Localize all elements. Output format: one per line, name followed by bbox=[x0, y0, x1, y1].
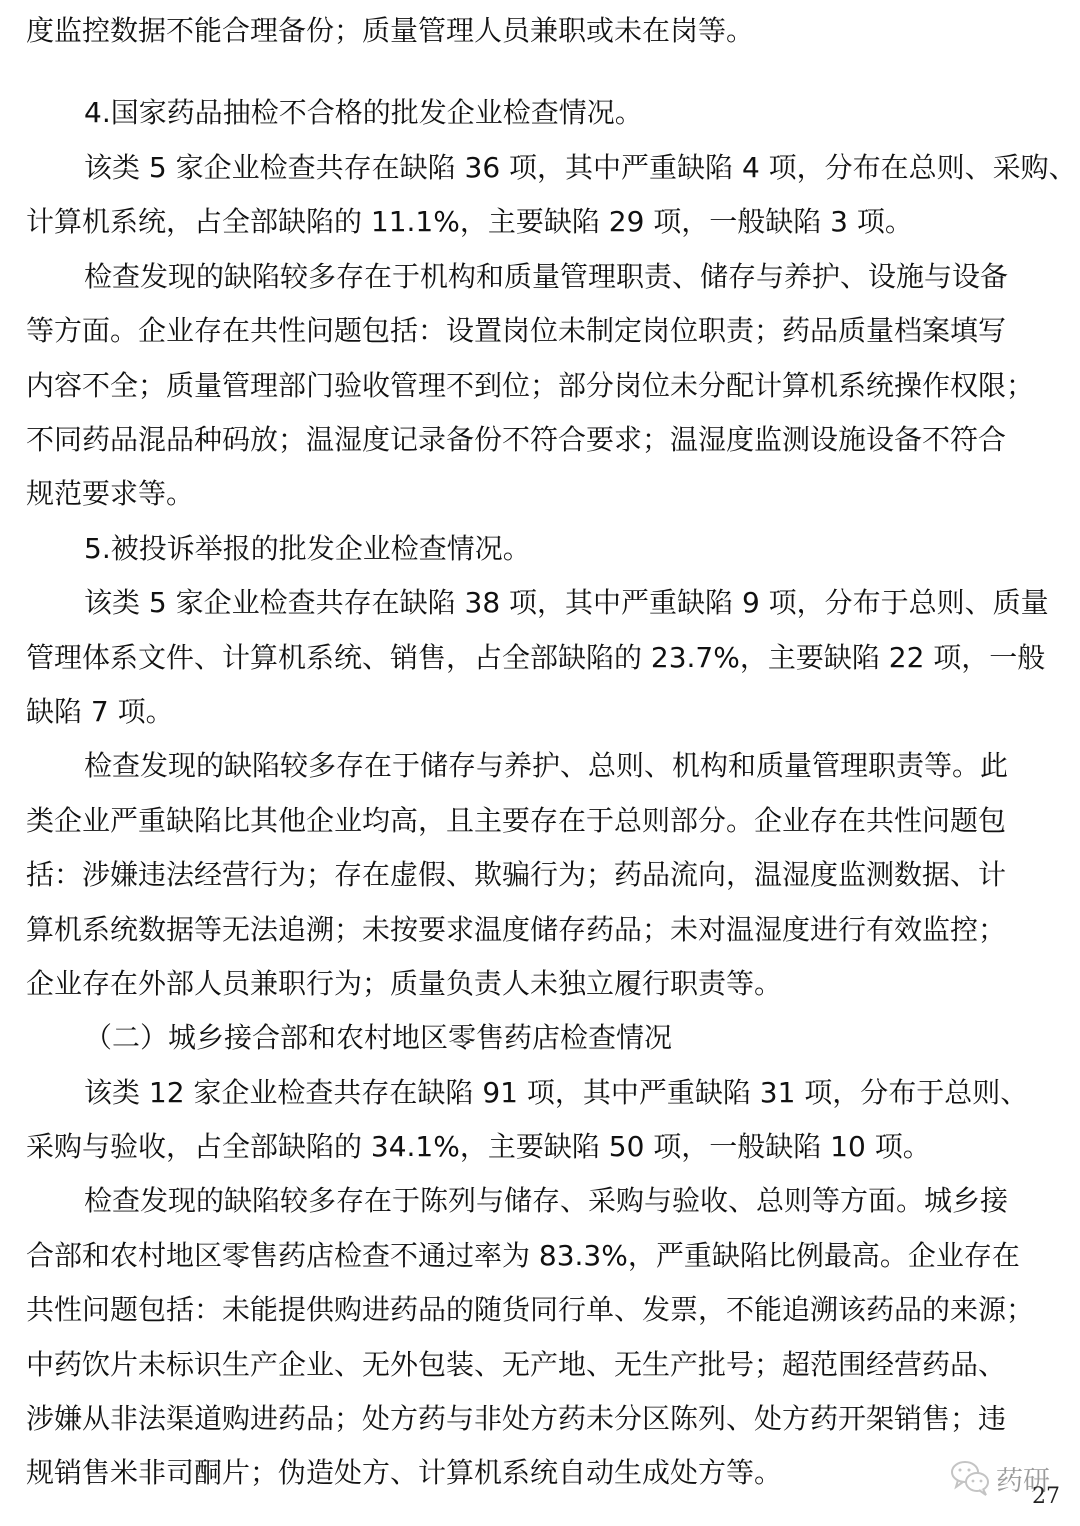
line-26: 规销售米非司酮片；伪造处方、计算机系统自动生成处方等。 bbox=[26, 1446, 782, 1500]
line-15: 括：涉嫌违法经营行为；存在虚假、欺骗行为；药品流向，温湿度监测数据、计 bbox=[26, 848, 1006, 902]
section-heading-2: （二）城乡接合部和农村地区零售药店检查情况 bbox=[84, 1011, 672, 1065]
line-6: 内容不全；质量管理部门验收管理不到位；部分岗位未分配计算机系统操作权限； bbox=[26, 359, 1034, 413]
section-heading-5: 5.被投诉举报的批发企业检查情况。 bbox=[84, 522, 531, 576]
line-13: 检查发现的缺陷较多存在于储存与养护、总则、机构和质量管理职责等。此 bbox=[84, 739, 1008, 793]
line-8: 规范要求等。 bbox=[26, 467, 194, 521]
document-page: 度监控数据不能合理备份；质量管理人员兼职或未在岗等。 4.国家药品抽检不合格的批… bbox=[0, 0, 1080, 1526]
line-3: 计算机系统，占全部缺陷的 11.1%，主要缺陷 29 项，一般缺陷 3 项。 bbox=[26, 195, 913, 249]
line-19: 该类 12 家企业检查共存在缺陷 91 项，其中严重缺陷 31 项，分布于总则、 bbox=[84, 1066, 1028, 1120]
line-17: 企业存在外部人员兼职行为；质量负责人未独立履行职责等。 bbox=[26, 957, 782, 1011]
line-20: 采购与验收，占全部缺陷的 34.1%，主要缺陷 50 项，一般缺陷 10 项。 bbox=[26, 1120, 931, 1174]
line-10: 该类 5 家企业检查共存在缺陷 38 项，其中严重缺陷 9 项，分布于总则、质量 bbox=[84, 576, 1049, 630]
line-14: 类企业严重缺陷比其他企业均高，且主要存在于总则部分。企业存在共性问题包 bbox=[26, 794, 1006, 848]
line-0: 度监控数据不能合理备份；质量管理人员兼职或未在岗等。 bbox=[26, 4, 754, 58]
line-22: 合部和农村地区零售药店检查不通过率为 83.3%，严重缺陷比例最高。企业存在 bbox=[26, 1229, 1020, 1283]
page-number: 27 bbox=[1032, 1484, 1060, 1509]
line-11: 管理体系文件、计算机系统、销售，占全部缺陷的 23.7%，主要缺陷 22 项，一… bbox=[26, 631, 1045, 685]
line-24: 中药饮片未标识生产企业、无外包装、无产地、无生产批号；超范围经营药品、 bbox=[26, 1338, 1006, 1392]
wechat-icon bbox=[950, 1458, 992, 1498]
line-5: 等方面。企业存在共性问题包括：设置岗位未制定岗位职责；药品质量档案填写 bbox=[26, 304, 1006, 358]
line-4: 检查发现的缺陷较多存在于机构和质量管理职责、储存与养护、设施与设备 bbox=[84, 250, 1008, 304]
line-23: 共性问题包括：未能提供购进药品的随货同行单、发票，不能追溯该药品的来源； bbox=[26, 1283, 1034, 1337]
section-heading-4: 4.国家药品抽检不合格的批发企业检查情况。 bbox=[84, 86, 643, 140]
line-7: 不同药品混品种码放；温湿度记录备份不符合要求；温湿度监测设施设备不符合 bbox=[26, 413, 1006, 467]
line-16: 算机系统数据等无法追溯；未按要求温度储存药品；未对温湿度进行有效监控； bbox=[26, 903, 1006, 957]
line-21: 检查发现的缺陷较多存在于陈列与储存、采购与验收、总则等方面。城乡接 bbox=[84, 1174, 1008, 1228]
line-2: 该类 5 家企业检查共存在缺陷 36 项，其中严重缺陷 4 项，分布在总则、采购… bbox=[84, 141, 1077, 195]
line-12: 缺陷 7 项。 bbox=[26, 685, 174, 739]
line-25: 涉嫌从非法渠道购进药品；处方药与非处方药未分区陈列、处方药开架销售；违 bbox=[26, 1392, 1006, 1446]
